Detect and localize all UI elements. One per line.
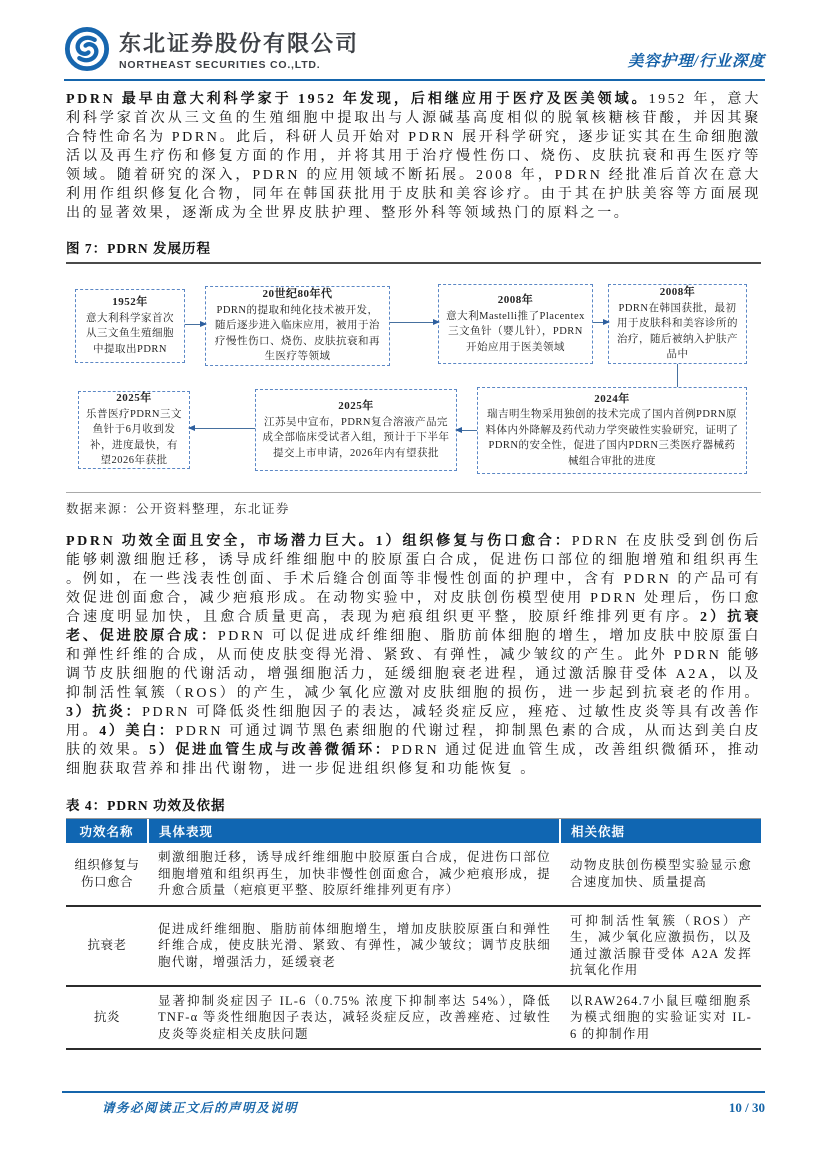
timeline-text: 乐普医疗PDRN三文鱼针于6月收到发补，进度最快，有望2026年获批 — [85, 407, 183, 469]
column-header-detail: 具体表现 — [148, 819, 560, 843]
flow-arrow-right-icon — [390, 322, 438, 323]
figure-title: 图 7：PDRN 发展历程 — [66, 237, 761, 264]
paragraph-intro-lead: PDRN 最早由意大利科学家于 1952 年发现，后相继应用于医疗及医美领域。 — [66, 92, 649, 107]
timeline-box-1952: 1952年 意大利科学家首次从三文鱼生殖细胞中提取出PDRN — [75, 289, 185, 363]
flow-arrow-right-icon — [185, 324, 205, 325]
company-name-cn: 东北证券股份有限公司 — [119, 27, 359, 58]
cell-evidence: 可抑制活性氧簇（ROS）产生，减少氧化应激损伤，以及通过激活腺苷受体 A2A 发… — [560, 906, 761, 986]
timeline-box-1980s: 20世纪80年代 PDRN的提取和纯化技术被开发，随后逐步进入临床应用，被用于治… — [205, 286, 390, 366]
table-row: 抗衰老 促进成纤维细胞、脂肪前体细胞增生，增加皮肤胶原蛋白和弹性纤维合成，使皮肤… — [66, 906, 761, 986]
timeline-box-2025-wuzhong: 2025年 江苏吴中宣布，PDRN复合溶液产品完成全部临床受试者入组，预计于下半… — [255, 389, 457, 471]
pdrn-efficacy-table: 功效名称 具体表现 相关依据 组织修复与伤口愈合 刺激细胞迁移，诱导成纤维细胞中… — [66, 819, 761, 1050]
page-footer: 请务必阅读正文后的声明及说明 10 / 30 — [62, 1091, 765, 1116]
timeline-box-2024-ruijiming: 2024年 瑞吉明生物采用独创的技术完成了国内首例PDRN原料体内外降解及药代动… — [477, 387, 747, 474]
timeline-text: PDRN在韩国获批，最初用于皮肤科和美容诊所的治疗，随后被纳入护肤产品中 — [615, 301, 740, 363]
flow-arrow-left-icon — [190, 428, 255, 429]
timeline-year: 2025年 — [262, 399, 450, 415]
timeline-box-2008-korea: 2008年 PDRN在韩国获批，最初用于皮肤科和美容诊所的治疗，随后被纳入护肤产… — [608, 284, 747, 364]
cell-name: 抗衰老 — [66, 906, 148, 986]
timeline-text: 瑞吉明生物采用独创的技术完成了国内首例PDRN原料体内外降解及药代动力学突破性实… — [484, 407, 740, 469]
table-header-row: 功效名称 具体表现 相关依据 — [66, 819, 761, 843]
timeline-text: 意大利科学家首次从三文鱼生殖细胞中提取出PDRN — [82, 311, 178, 358]
run-bold: PDRN 功效全面且安全，市场潜力巨大。1）组织修复与伤口愈合： — [66, 534, 572, 549]
cell-name: 组织修复与伤口愈合 — [66, 843, 148, 906]
timeline-figure: 1952年 意大利科学家首次从三文鱼生殖细胞中提取出PDRN 20世纪80年代 … — [66, 264, 761, 486]
table-row: 抗炎 显著抑制炎症因子 IL-6（0.75% 浓度下抑制率达 54%），降低 T… — [66, 986, 761, 1050]
footer-disclaimer: 请务必阅读正文后的声明及说明 — [62, 1098, 298, 1116]
cell-detail: 刺激细胞迁移，诱导成纤维细胞中胶原蛋白合成，促进伤口部位细胞增殖和组织再生，加快… — [148, 843, 560, 906]
run-bold: 3）抗炎： — [66, 705, 142, 720]
flow-connector-down-icon — [677, 364, 678, 387]
report-category: 美容护理/行业深度 — [628, 49, 765, 72]
timeline-year: 2008年 — [615, 285, 740, 301]
cell-evidence: 动物皮肤创伤模型实验显示愈合速度加快、质量提高 — [560, 843, 761, 906]
flow-arrow-left-icon — [457, 430, 477, 431]
table-title: 表 4：PDRN 功效及依据 — [66, 794, 761, 819]
column-header-evidence: 相关依据 — [560, 819, 761, 843]
page-header: 东北证券股份有限公司 NORTHEAST SECURITIES CO.,LTD.… — [64, 26, 765, 81]
paragraph-intro-body: 1952 年，意大利科学家首次从三文鱼的生殖细胞中提取出与人源碱基高度相似的脱氧… — [66, 92, 761, 221]
timeline-year: 1952年 — [82, 295, 178, 311]
brand: 东北证券股份有限公司 NORTHEAST SECURITIES CO.,LTD. — [64, 26, 359, 72]
flow-arrow-right-icon — [593, 322, 608, 323]
northeast-securities-logo-icon — [64, 26, 110, 72]
report-page: 东北证券股份有限公司 NORTHEAST SECURITIES CO.,LTD.… — [0, 0, 827, 1169]
timeline-text: PDRN的提取和纯化技术被开发，随后逐步进入临床应用，被用于治疗慢性伤口、烧伤、… — [212, 303, 383, 365]
run-bold: 5）促进血管生成与改善微循环： — [149, 743, 391, 758]
cell-name: 抗炎 — [66, 986, 148, 1050]
figure-source: 数据来源：公开资料整理，东北证券 — [66, 492, 761, 517]
timeline-text: 江苏吴中宣布，PDRN复合溶液产品完成全部临床受试者入组，预计于下半年提交上市申… — [262, 415, 450, 462]
timeline-text: 意大利Mastelli推了Placentex三文鱼针（婴儿针），PDRN开始应用… — [445, 309, 586, 356]
timeline-year: 2008年 — [445, 293, 586, 309]
company-name-en: NORTHEAST SECURITIES CO.,LTD. — [119, 59, 359, 71]
cell-detail: 显著抑制炎症因子 IL-6（0.75% 浓度下抑制率达 54%），降低 TNF-… — [148, 986, 560, 1050]
timeline-year: 20世纪80年代 — [212, 287, 383, 303]
column-header-name: 功效名称 — [66, 819, 148, 843]
cell-evidence: 以RAW264.7小鼠巨噬细胞系为模式细胞的实验证实对 IL-6 的抑制作用 — [560, 986, 761, 1050]
table-row: 组织修复与伤口愈合 刺激细胞迁移，诱导成纤维细胞中胶原蛋白合成，促进伤口部位细胞… — [66, 843, 761, 906]
timeline-box-2025-lepu: 2025年 乐普医疗PDRN三文鱼针于6月收到发补，进度最快，有望2026年获批 — [78, 391, 190, 469]
page-number: 10 / 30 — [729, 1100, 765, 1116]
run-bold: 4）美白： — [99, 724, 175, 739]
paragraph-functions: PDRN 功效全面且安全，市场潜力巨大。1）组织修复与伤口愈合：PDRN 在皮肤… — [66, 532, 761, 779]
cell-detail: 促进成纤维细胞、脂肪前体细胞增生，增加皮肤胶原蛋白和弹性纤维合成，使皮肤光滑、紧… — [148, 906, 560, 986]
paragraph-intro: PDRN 最早由意大利科学家于 1952 年发现，后相继应用于医疗及医美领域。1… — [66, 90, 761, 223]
timeline-year: 2024年 — [484, 392, 740, 408]
timeline-box-2008-italy: 2008年 意大利Mastelli推了Placentex三文鱼针（婴儿针），PD… — [438, 284, 593, 364]
brand-text: 东北证券股份有限公司 NORTHEAST SECURITIES CO.,LTD. — [119, 27, 359, 71]
timeline-year: 2025年 — [85, 391, 183, 407]
